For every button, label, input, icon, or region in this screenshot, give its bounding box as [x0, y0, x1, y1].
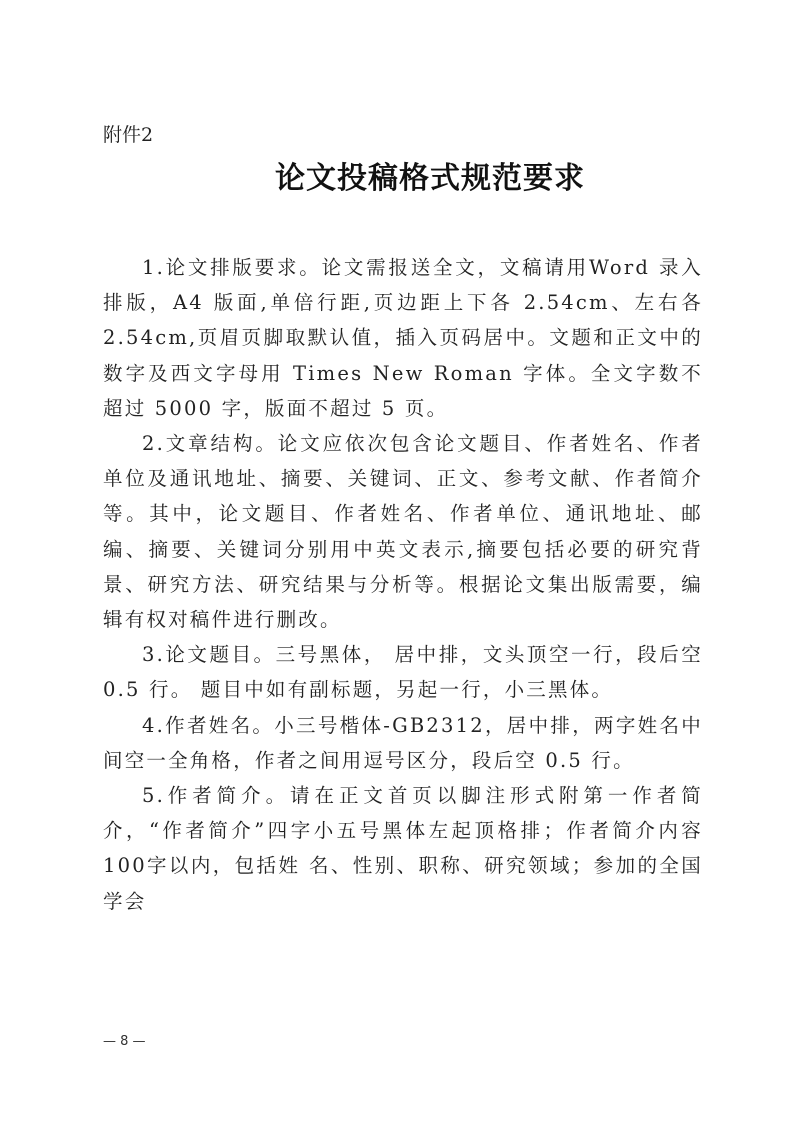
document-title: 论文投稿格式规范要求 — [0, 153, 800, 197]
document-page: 附件2 论文投稿格式规范要求 1.论文排版要求。论文需报送全文，文稿请用Word… — [0, 0, 800, 1131]
attachment-label: 附件2 — [103, 120, 153, 147]
page-number: — 8 — — [103, 1034, 146, 1049]
paragraph-author-bio: 5.作者简介。请在正文首页以脚注形式附第一作者简介，“作者简介”四字小五号黑体左… — [103, 778, 703, 919]
paragraph-article-structure: 2.文章结构。论文应依次包含论文题目、作者姓名、作者单位及通讯地址、摘要、关键词… — [103, 426, 703, 637]
paragraph-paper-title: 3.论文题目。三号黑体， 居中排，文头顶空一行，段后空0.5 行。 题目中如有副… — [103, 637, 703, 707]
document-body: 1.论文排版要求。论文需报送全文，文稿请用Word 录入排版，A4 版面,单倍行… — [103, 250, 703, 919]
paragraph-author-name: 4.作者姓名。小三号楷体-GB2312，居中排，两字姓名中间空一全角格，作者之间… — [103, 708, 703, 778]
paragraph-layout-requirements: 1.论文排版要求。论文需报送全文，文稿请用Word 录入排版，A4 版面,单倍行… — [103, 250, 703, 426]
